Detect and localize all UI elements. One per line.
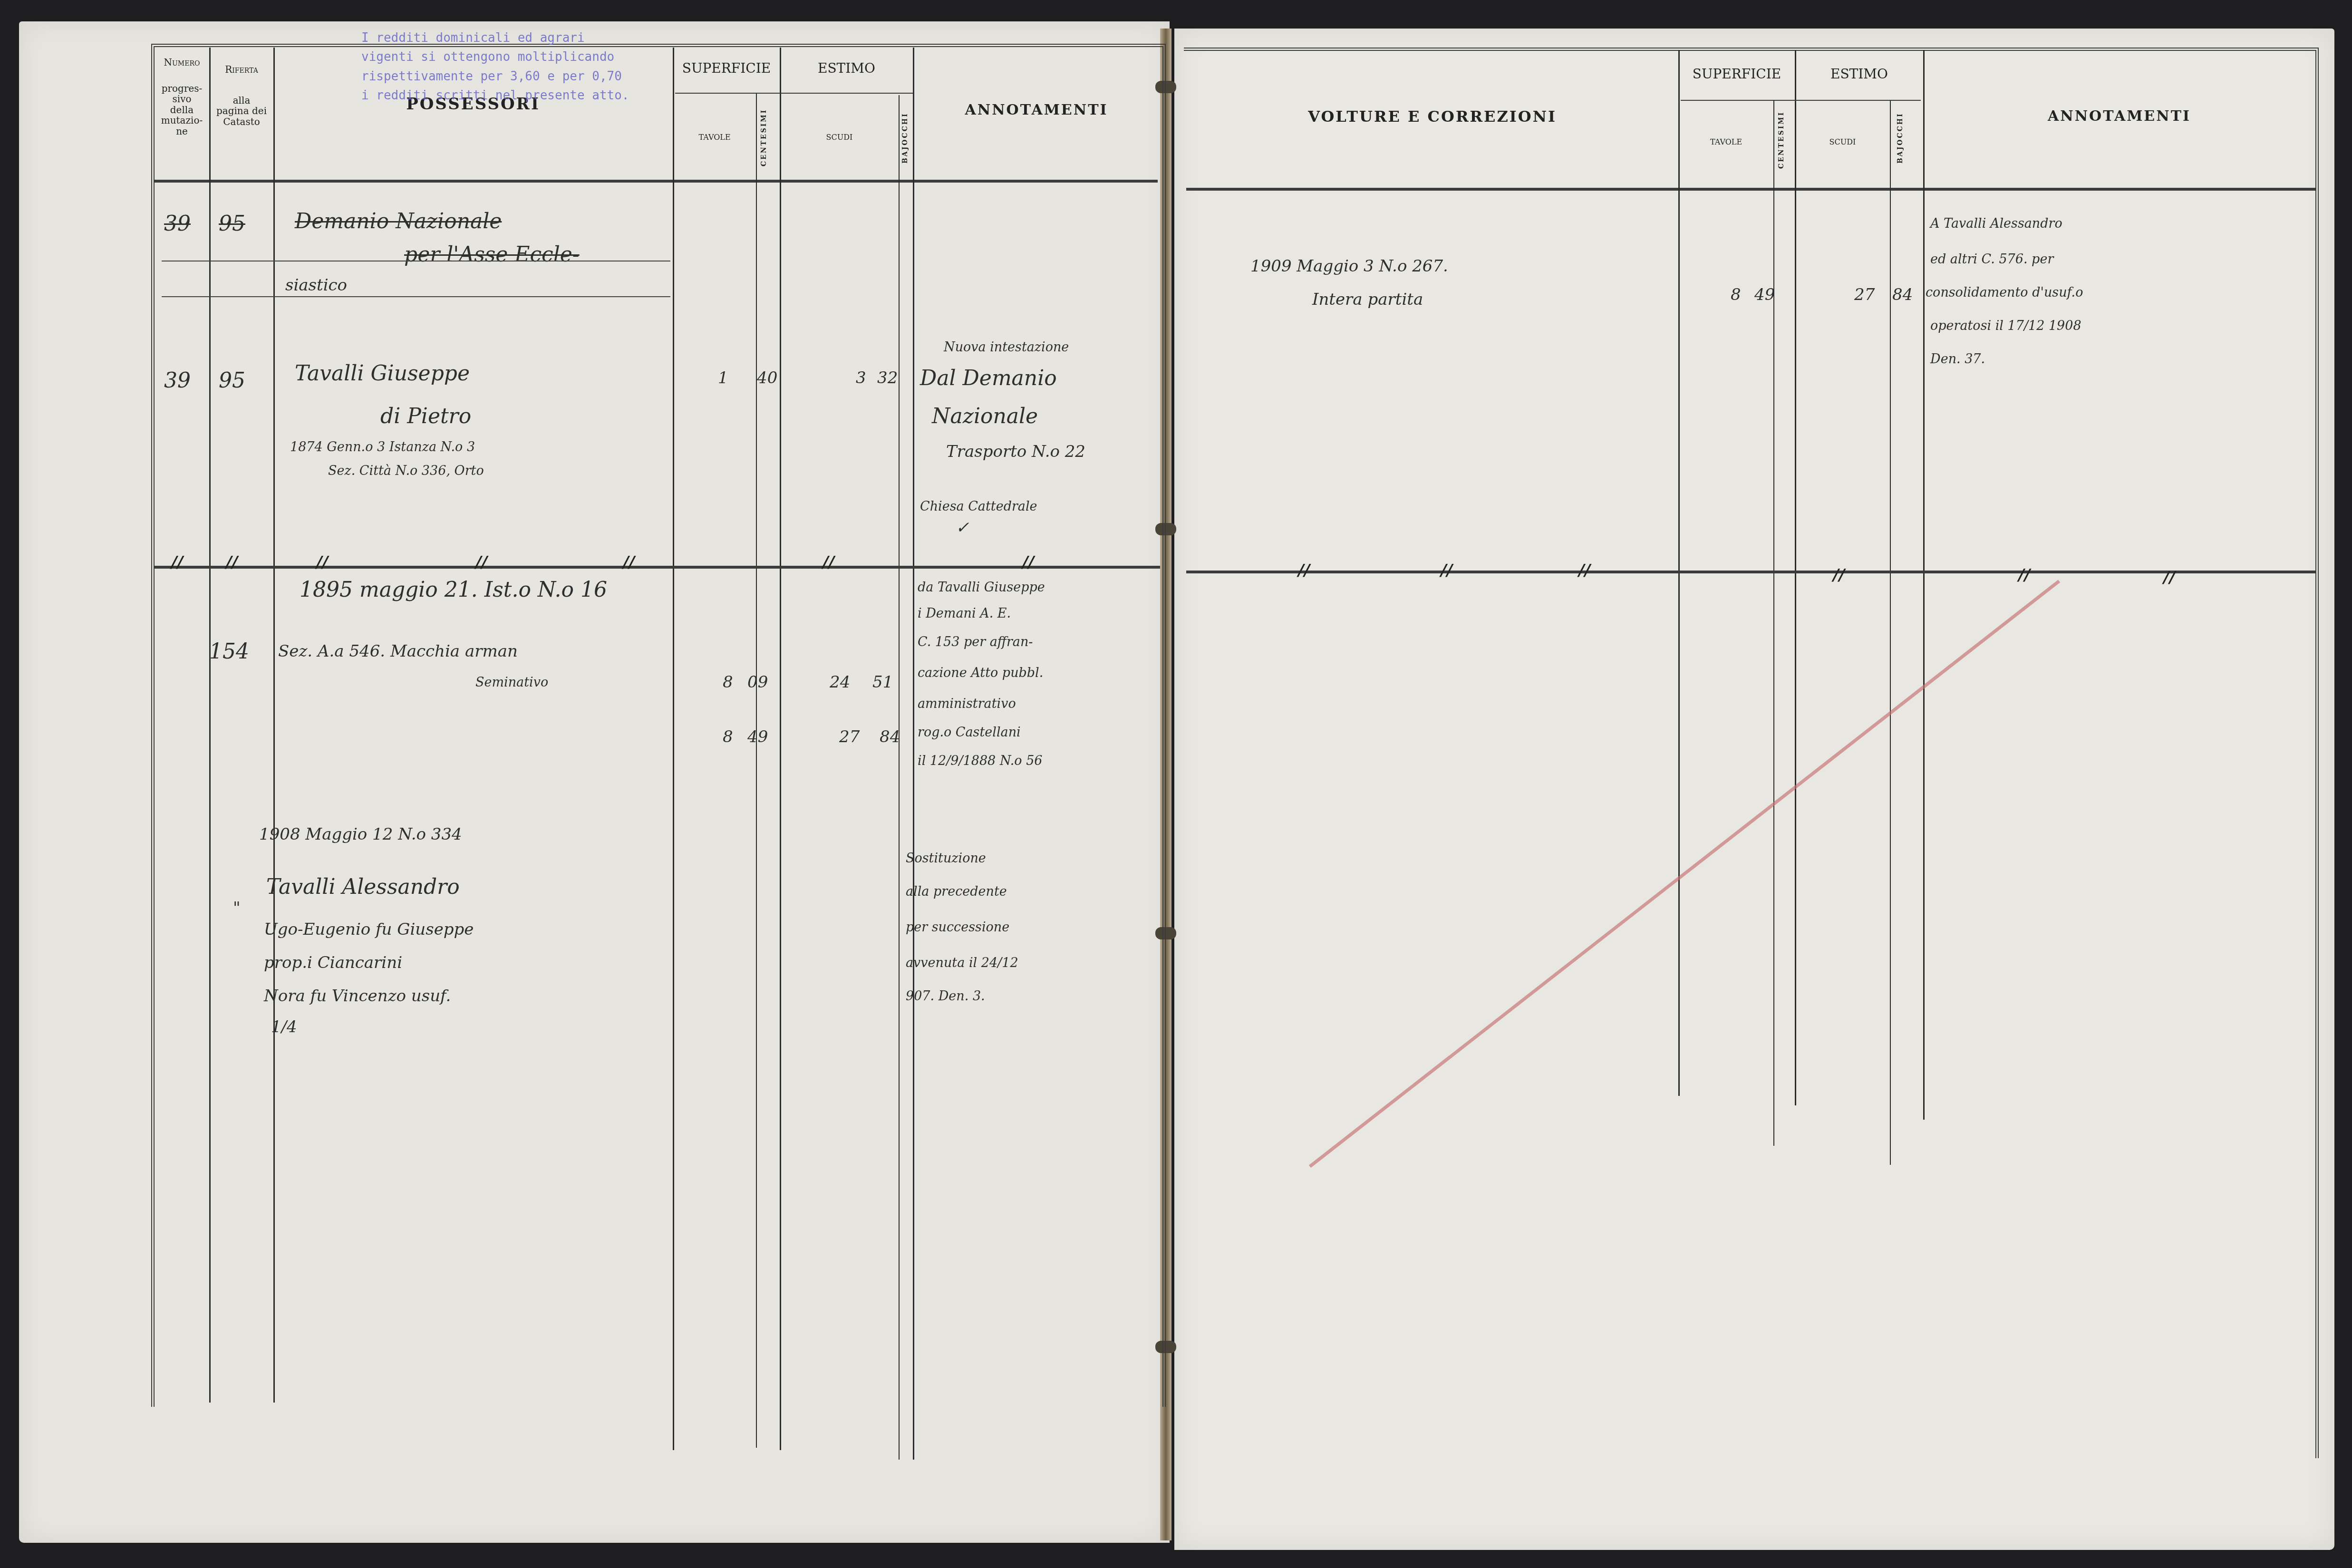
strike-line <box>162 261 670 261</box>
entry3-scudi-2: 27 <box>839 727 860 746</box>
entry4-possessore-line3: prop.i Ciancarini <box>264 953 402 972</box>
header-estimo-right: ESTIMO <box>1796 67 1922 81</box>
col-divider <box>1890 100 1891 1165</box>
entry4-annot-line4: avvenuta il 24/12 <box>906 956 1018 970</box>
header-annotamenti: ANNOTAMENTI <box>915 102 1158 118</box>
entry3-tavole: 8 <box>723 673 733 692</box>
col-divider <box>209 48 211 1403</box>
col-divider <box>1923 50 1925 1120</box>
entry2-possessore-line2: di Pietro <box>380 404 471 428</box>
entry3-tavole-2: 8 <box>723 727 733 746</box>
header-annotamenti-right: ANNOTAMENTI <box>1926 108 2313 125</box>
right-entry-volture-line1: 1909 Maggio 3 N.o 267. <box>1250 257 1448 276</box>
entry3-centesimi: 09 <box>747 673 768 692</box>
ditto-mark: // <box>2018 566 2030 585</box>
right-entry-annot-line1: A Tavalli Alessandro <box>1930 216 2062 231</box>
right-entry-annot-line3: consolidamento d'usuf.o <box>1926 285 2083 300</box>
entry3-annot-line2: i Demani A. E. <box>918 606 1011 621</box>
entry4-annot-line3: per successione <box>906 920 1009 935</box>
entry2-bajocchi: 32 <box>877 368 898 387</box>
entry3-annot-line5: amministrativo <box>918 697 1016 711</box>
entry4-possessore-line4: Nora fu Vincenzo usuf. <box>264 987 451 1006</box>
header-superficie-right: SUPERFICIE <box>1680 67 1794 81</box>
col-divider <box>899 95 900 1460</box>
entry1-possessore-line3: siastico <box>285 276 347 295</box>
col-divider <box>1773 100 1774 1146</box>
entry2-detail-line2: Sez. Città N.o 336, Orto <box>328 464 484 478</box>
ditto-mark: // <box>823 553 834 572</box>
entry2-scudi: 3 <box>856 368 866 387</box>
entry2-riferta: 95 <box>219 368 245 393</box>
col-divider <box>1795 50 1796 1105</box>
left-header-rule <box>155 180 1158 183</box>
entry3-annot-line6: rog.o Castellani <box>918 725 1021 740</box>
entry2-annot-line1: Nuova intestazione <box>944 340 1069 355</box>
right-entry-annot-line4: operatosi il 17/12 1908 <box>1930 319 2081 333</box>
ditto-mark: // <box>475 553 487 572</box>
header-estimo: ESTIMO <box>781 61 912 76</box>
entry1-possessore-line2: per l'Asse Eccle- <box>404 242 580 267</box>
header-bajocchi-right: BAJOCCHI <box>1897 112 1905 164</box>
ditto-mark: // <box>2163 568 2175 587</box>
ditto-mark: // <box>316 553 328 572</box>
header-scudi: SCUDI <box>781 133 898 142</box>
ditto-mark: // <box>1298 561 1310 580</box>
header-numero-sub: progres- sivo della mutazio- ne <box>159 83 204 136</box>
col-divider <box>673 48 674 1450</box>
stamp-redditi: I redditi dominicali ed agrari vigenti s… <box>361 29 629 105</box>
entry2-centesimi: 40 <box>757 368 777 387</box>
entry3-annot-line1: da Tavalli Giuseppe <box>918 580 1045 595</box>
header-riferta: Riferta <box>211 64 272 75</box>
entry4-possessore-line2: Ugo-Eugenio fu Giuseppe <box>264 920 474 939</box>
entry4-annot-line1: Sostituzione <box>906 851 986 866</box>
header-superficie: SUPERFICIE <box>674 61 779 76</box>
entry3-annot-line4: cazione Atto pubbl. <box>918 666 1043 680</box>
entry4-annot-line5: 907. Den. 3. <box>906 989 985 1004</box>
left-ditto-rule <box>155 566 1160 569</box>
ditto-mark: // <box>623 553 635 572</box>
entry2-annot-line4: Trasporto N.o 22 <box>946 442 1085 461</box>
entry3-annot-line7: il 12/9/1888 N.o 56 <box>918 754 1043 768</box>
entry3-riferta: 154 <box>209 639 249 664</box>
right-entry-centesimi: 49 <box>1754 285 1775 304</box>
ditto-mark: // <box>226 553 238 572</box>
entry2-annot-line5: Chiesa Cattedrale <box>920 499 1037 514</box>
entry3-bajocchi: 51 <box>872 673 893 692</box>
right-entry-annot-line5: Den. 37. <box>1930 352 1985 367</box>
entry4-annot-line2: alla precedente <box>906 884 1007 899</box>
right-entry-annot-line2: ed altri C. 576. per <box>1930 252 2053 267</box>
header-tavole: TAVOLE <box>674 133 755 142</box>
right-ditto-rule <box>1186 571 2315 573</box>
col-divider <box>913 48 914 1460</box>
entry4-header: 1908 Maggio 12 N.o 334 <box>259 825 462 844</box>
header-centesimi: CENTESIMI <box>761 109 768 166</box>
entry4-numero: " <box>233 899 241 918</box>
ditto-mark: // <box>1022 553 1034 572</box>
header-volture: VOLTURE E CORREZIONI <box>1189 108 1676 126</box>
ditto-mark: // <box>1441 561 1452 580</box>
entry3-centesimi-2: 49 <box>747 727 768 746</box>
entry2-annot-line2: Dal Demanio <box>920 366 1057 390</box>
right-header-rule <box>1186 188 2315 191</box>
entry3-scudi: 24 <box>830 673 850 692</box>
ditto-mark: // <box>171 553 183 572</box>
strike-line <box>162 296 670 297</box>
entry3-possessore-line2: Seminativo <box>475 675 548 690</box>
entry3-possessore-line1: Sez. A.a 546. Macchia arman <box>278 642 518 661</box>
col-divider <box>756 93 757 1448</box>
entry2-tavole: 1 <box>718 368 728 387</box>
header-numero: Numero <box>155 57 209 68</box>
entry2-detail-line1: 1874 Genn.o 3 Istanza N.o 3 <box>290 440 475 455</box>
entry4-possessore-line1: Tavalli Alessandro <box>266 875 460 899</box>
header-tavole-right: TAVOLE <box>1680 138 1772 146</box>
entry2-numero: 39 <box>164 368 191 393</box>
entry2-annot-line3: Nazionale <box>932 404 1038 428</box>
right-entry-tavole: 8 <box>1731 285 1741 304</box>
right-entry-scudi: 27 <box>1854 285 1875 304</box>
entry3-annot-line3: C. 153 per affran- <box>918 635 1033 649</box>
subheader-rule <box>1681 100 1921 101</box>
header-bajocchi: BAJOCCHI <box>902 112 910 164</box>
right-entry-bajocchi: 84 <box>1892 285 1913 304</box>
ditto-mark: // <box>1578 561 1590 580</box>
header-scudi-right: SCUDI <box>1796 138 1889 146</box>
entry4-possessore-line5: 1/4 <box>271 1017 297 1036</box>
col-divider <box>780 48 781 1450</box>
header-centesimi-right: CENTESIMI <box>1778 112 1786 169</box>
ditto-mark: // <box>1833 566 1845 585</box>
right-entry-volture-line2: Intera partita <box>1312 290 1423 309</box>
entry3-header: 1895 maggio 21. Ist.o N.o 16 <box>300 578 607 602</box>
entry1-numero: 39 <box>164 212 191 236</box>
entry1-riferta: 95 <box>219 212 245 236</box>
col-divider <box>273 48 275 1403</box>
entry3-bajocchi-2: 84 <box>880 727 900 746</box>
header-riferta-sub: alla pagina dei Catasto <box>215 95 268 127</box>
entry1-possessore-line1: Demanio Nazionale <box>295 209 502 233</box>
entry2-possessore-line1: Tavalli Giuseppe <box>295 361 470 386</box>
subheader-rule <box>675 93 913 94</box>
check-mark-icon: ✓ <box>956 518 969 537</box>
